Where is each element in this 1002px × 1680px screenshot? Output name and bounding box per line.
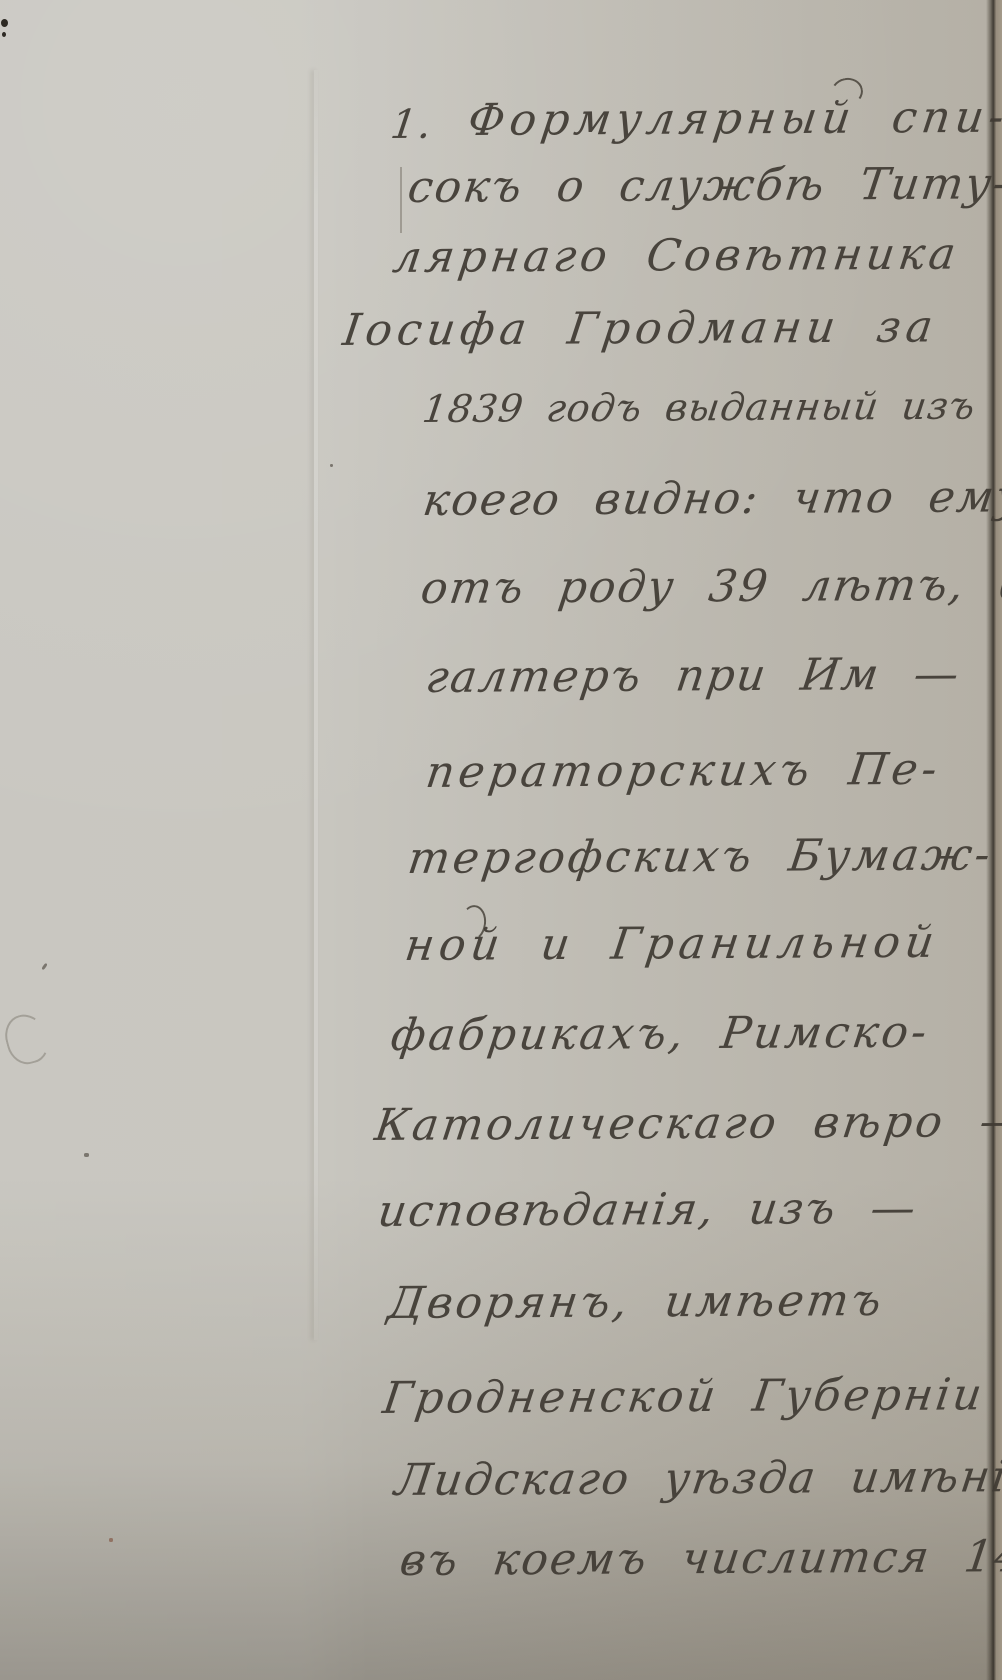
ink-speck — [109, 1538, 113, 1542]
ink-speck — [1, 19, 8, 27]
manuscript-line: коего видно: что ему — [420, 473, 1002, 525]
manuscript-line: Формулярный спи- — [465, 94, 1002, 146]
manuscript-line: ператорскихъ Пе- — [423, 746, 944, 798]
fold-crease — [314, 70, 318, 1340]
manuscript-line: въ коемъ числится 14 душъ — [397, 1532, 1002, 1585]
ink-speck — [2, 32, 6, 37]
manuscript-line: галтеръ при Им — — [423, 651, 963, 703]
manuscript-line: фабрикахъ, Римско- — [388, 1009, 932, 1061]
manuscript-line: Лидскаго уѣзда имѣніе — [392, 1453, 1002, 1505]
manuscript-line: сокъ о службѣ Титу- — [405, 160, 1002, 212]
ink-speck — [41, 963, 47, 970]
scratch-mark — [400, 167, 402, 233]
manuscript-line: Іосифа Гродмани за — [340, 303, 940, 355]
ink-speck — [84, 1153, 89, 1157]
pencil-loop-mark — [0, 1009, 54, 1068]
manuscript-line: ной и Гранильной — [402, 919, 942, 971]
manuscript-line: тергофскихъ Бумаж- — [405, 831, 996, 883]
item-number: 1. — [388, 103, 436, 147]
manuscript-line: 1839 годъ выданный изъ — [420, 386, 978, 431]
manuscript-line: исповѣданія, изъ — — [375, 1185, 920, 1237]
manuscript-page: 1. Формулярный спи- сокъ о службѣ Титу- … — [0, 0, 1002, 1680]
manuscript-line: Дворянъ, имѣетъ — [385, 1277, 887, 1328]
manuscript-line: отъ роду 39 лѣтъ, бу- — [418, 561, 1002, 613]
manuscript-line: лярнаго Совѣтника — [390, 231, 962, 283]
manuscript-line: Католическаго вѣро — — [372, 1098, 1002, 1150]
ink-speck — [330, 464, 333, 467]
manuscript-line: Гродненской Губерніи — [380, 1371, 988, 1423]
